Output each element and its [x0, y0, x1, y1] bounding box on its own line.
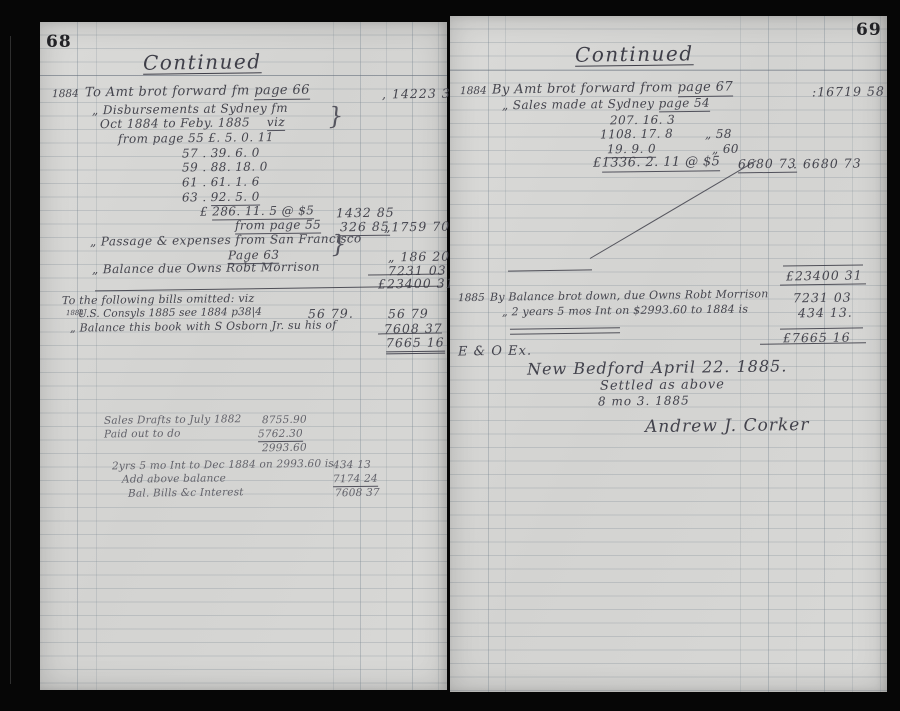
money-column-rule [796, 16, 797, 692]
amount-cell: :16719 58 [812, 84, 885, 100]
reference-cell: „ 58 [705, 127, 732, 141]
pencil-note: Add above balance [122, 472, 226, 485]
header-rule [40, 75, 447, 76]
ledger-line: „ Balance due Owns Robt Morrison [92, 260, 320, 277]
pencil-note: 2yrs 5 mo Int to Dec 1884 on 2993.60 is [112, 458, 334, 473]
ledger-line: from page 55 [235, 217, 321, 232]
total-rule [780, 283, 866, 285]
pencil-note: Bal. Bills &c Interest [128, 486, 244, 499]
entry-date: 1884 [52, 88, 79, 100]
money-column-rule [824, 16, 825, 692]
brace-mark: } [330, 230, 347, 259]
settled-date-line: 8 mo 3. 1885 [598, 393, 690, 408]
amount-cell: .. 6680 73 [788, 156, 862, 172]
amount-cell: „1759 70 [384, 219, 450, 235]
ledger-line: 59 . 88. 18. 0 [182, 159, 268, 174]
line-text: By Amt brot forward from [492, 80, 678, 97]
pencil-amount: 7608 37 [335, 487, 380, 500]
total-amount: £23400 31 [786, 268, 863, 284]
money-column-rule [360, 22, 361, 690]
ledger-line: Oct 1884 to Feby. 1885 viz [100, 115, 285, 131]
entry-date: 1885 [458, 292, 485, 304]
total-amount: £23400 31 [378, 276, 455, 292]
ledger-line: U.S. Consyls 1885 see 1884 p38|4 [78, 306, 262, 320]
line-text: £ [200, 205, 212, 219]
amount: 5762.30 [258, 428, 303, 443]
date-column-rule [96, 22, 97, 690]
page-reference: page 66 [254, 83, 310, 101]
pencil-amount: 2993.60 [262, 442, 307, 455]
money-column-rule [880, 16, 881, 692]
line-text: viz [267, 115, 285, 131]
line-text: Oct 1884 to Feby. 1885 [100, 115, 250, 131]
section-rule [510, 327, 620, 335]
amount-cell: , 14223 38 [382, 86, 460, 102]
place-date-line: New Bedford April 22. 1885. [527, 356, 788, 378]
ledger-scan: { "left": { "page_number": "68", "header… [0, 0, 900, 711]
amount-cell: 7231 03 [793, 290, 852, 306]
date-column-rule [77, 22, 78, 690]
pencil-amount: 7174 24 [333, 473, 378, 486]
amount: 7665 16 [386, 335, 445, 355]
continued-header: Continued [575, 41, 694, 66]
ledger-line: £1336. 2. 11 @ $5 [593, 154, 720, 171]
pencil-amount: 434 13 [333, 459, 371, 471]
ledger-line: 63 . 92. 5. 0 [182, 190, 260, 205]
eoe-mark: E & O Ex. [458, 344, 532, 360]
ledger-line: from page 55 £. 5. 0. 11 [118, 130, 274, 146]
ledger-line: £ 286. 11. 5 @ $5 [200, 203, 314, 218]
ledger-line: 57 . 39. 6. 0 [182, 146, 260, 161]
brace-mark: } [327, 102, 344, 131]
line-text: £ [593, 156, 602, 171]
ledger-line: To Amt brot forward fm page 66 [85, 83, 310, 101]
line-text: 1336. 2. 11 @ $5 [602, 154, 721, 172]
page-reference: page 54 [658, 96, 710, 113]
signature: Andrew J. Corker [645, 415, 810, 437]
money-column-rule [412, 22, 413, 690]
line-text: To Amt brot forward fm [85, 83, 254, 100]
settled-line: Settled as above [600, 377, 725, 394]
line-text: „ Sales made at Sydney [502, 96, 659, 112]
section-rule [508, 269, 592, 271]
line-text: 63 . [182, 190, 211, 204]
ledger-line: 1108. 17. 8 [600, 127, 673, 142]
left-page: 68 Continued 1884 To Amt brot forward fm… [40, 22, 447, 690]
money-column-rule [852, 16, 853, 692]
amount-cell: 434 13. [798, 305, 853, 321]
pencil-amount: 8755.90 [262, 414, 307, 427]
amount-cell: 56 79 [388, 306, 429, 321]
ledger-line: „ Sales made at Sydney page 54 [502, 96, 710, 113]
money-column-rule [740, 16, 741, 692]
continued-header: Continued [143, 49, 262, 74]
ledger-line: To the following bills omitted: viz [62, 292, 255, 307]
ledger-line: 207. 16. 3 [610, 113, 675, 128]
money-column-rule [768, 16, 769, 692]
ledger-line: 61 . 61. 1. 6 [182, 175, 260, 190]
total-amount: 7665 16 [386, 335, 445, 351]
ledger-line: By Amt brot forward from page 67 [492, 80, 733, 98]
right-page: 69 Continued 1884 By Amt brot forward fr… [450, 16, 887, 692]
diagonal-line [590, 160, 757, 259]
scan-film-edge [10, 36, 11, 684]
ledger-line: „ Passage & expenses from San Francisco [90, 231, 362, 248]
right-page-number: 69 [856, 20, 882, 40]
pencil-note: Paid out to do [104, 428, 181, 441]
entry-date: 1884 [460, 85, 487, 97]
money-column-rule [438, 22, 439, 690]
total-rule [783, 264, 863, 266]
ledger-line: „ Balance this book with S Osborn Jr. su… [70, 318, 337, 334]
header-rule [450, 70, 887, 71]
pencil-amount: 5762.30 [258, 428, 303, 441]
money-column-rule [386, 22, 387, 690]
ledger-line: „ 2 years 5 mos Int on $2993.60 to 1884 … [502, 302, 748, 318]
amount: 7174 24 [333, 473, 378, 488]
ledger-line: By Balance brot down, due Owns Robt Morr… [490, 287, 769, 303]
page-reference: page 67 [677, 80, 733, 98]
left-page-number: 68 [46, 32, 72, 52]
pencil-note: Sales Drafts to July 1882 [104, 413, 242, 427]
